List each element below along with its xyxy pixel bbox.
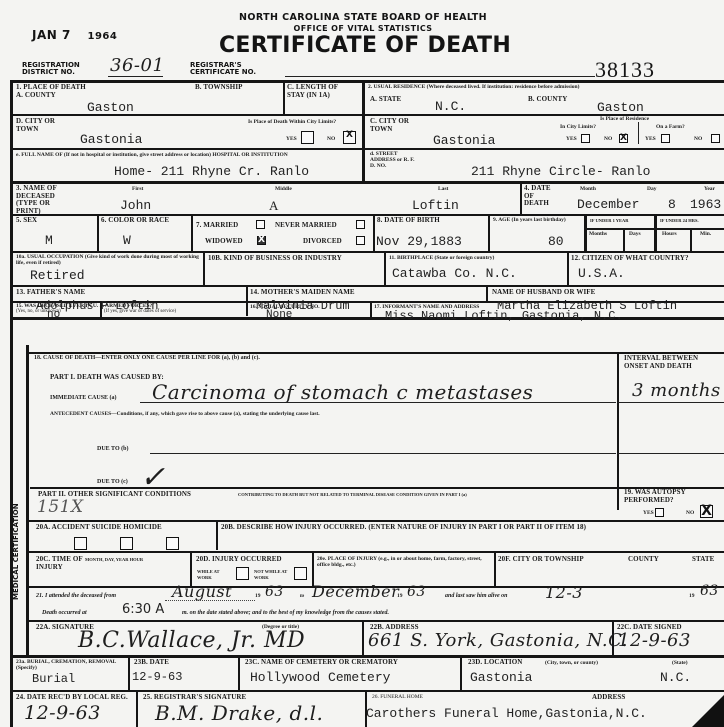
burial-label: 23a. BURIAL, CREMATION, REMOVAL (Specify… [16, 659, 126, 671]
divorced-checkbox[interactable] [356, 236, 365, 245]
registrar-signature: B.M. Drake, d.l. [155, 701, 323, 725]
months-label: Months [589, 231, 607, 237]
first-name-label: First [132, 186, 143, 192]
middle-name-label: Middle [275, 186, 292, 192]
within-city-limits-label: Is Place of Death Within City Limits? [248, 119, 360, 125]
injury-description-label: 20b. DESCRIBE HOW INJURY OCCURRED. (Ente… [221, 524, 586, 532]
married-checkbox[interactable] [256, 220, 265, 229]
stamp-date: JAN 7 [32, 28, 71, 42]
deceased-name-label: 3. NAME OF DECEASED (Type or Print) [16, 185, 76, 215]
funeral-home-value: Carothers Funeral Home,Gastonia,N.C. [366, 706, 647, 721]
place-of-residence-label: Is Place of Residence [600, 116, 649, 122]
sex-label: 5. SEX [16, 217, 37, 225]
death-city-label: d. CITY OR TOWN [16, 118, 56, 133]
coding-mark: 151X [37, 497, 84, 517]
burial-date-value: 12-9-63 [132, 670, 182, 684]
burial-value: Burial [32, 672, 75, 686]
widowed-label: WIDOWED [205, 238, 243, 246]
on-farm-yes-checkbox[interactable] [661, 134, 670, 143]
death-day-value: 8 [668, 197, 676, 212]
death-county-value: Gaston [87, 100, 134, 115]
race-label: 6. COLOR OR RACE [101, 217, 169, 225]
hours-label: Hours [662, 231, 677, 237]
physician-address: 661 S. York, Gastonia, N.C. [368, 630, 628, 651]
within-limits-yes-label: YES [286, 136, 297, 142]
sex-value: M [45, 233, 53, 248]
in-city-no-checkbox[interactable]: X [619, 134, 628, 143]
place-of-death-label: 1. PLACE OF DEATH a. COUNTY [16, 84, 106, 99]
within-limits-no-label: NO [327, 136, 335, 142]
residence-county-label: b. COUNTY [528, 96, 567, 104]
interval-label: INTERVAL BETWEEN ONSET AND DEATH [624, 355, 724, 370]
place-of-injury-label: 20e. PLACE OF INJURY (e.g., in or about … [317, 556, 492, 568]
within-limits-no-checkbox[interactable]: X [343, 131, 356, 144]
street-value: 211 Rhyne Circle- Ranlo [471, 164, 650, 179]
death-occurred-suffix: m. on the date stated above; and to the … [182, 610, 389, 616]
father-label: 13. FATHER'S NAME [16, 289, 85, 297]
immediate-cause-value: Carcinoma of stomach c metastases [152, 380, 533, 404]
location-state-value: N.C. [660, 670, 691, 685]
attended-to-label: to [300, 593, 304, 599]
death-occurred-label: Death occurred at [42, 610, 87, 616]
date-of-death-label: 4. DATE OF DEATH [524, 185, 554, 208]
residence-divider [638, 122, 639, 144]
death-day-label: Day [647, 186, 656, 192]
not-while-at-work-checkbox[interactable] [294, 567, 307, 580]
age-value: 80 [548, 234, 564, 249]
cemetery-value: Hollywood Cemetery [250, 670, 390, 685]
race-value: W [123, 233, 131, 248]
dob-label: 8. DATE OF BIRTH [377, 217, 440, 225]
registrar-certificate-label: REGISTRAR'S CERTIFICATE NO. [190, 62, 256, 76]
last-saw-19: 19 [689, 593, 695, 599]
armed-forces-value: no [47, 309, 60, 321]
accident-suicide-homicide-label: 20a. ACCIDENT SUICIDE HOMICIDE [36, 524, 162, 532]
residence-city-label: c. CITY OR TOWN [370, 118, 410, 133]
registration-district-label: REGISTRATION DISTRICT NO. [22, 62, 80, 76]
in-city-no-label: NO [604, 136, 612, 142]
received-date-stamp: JAN 7 1964 [32, 28, 117, 42]
in-city-limits-label: In City Limits? [560, 124, 596, 130]
office-name: OFFICE OF VITAL STATISTICS [218, 24, 508, 33]
township-label: b. TOWNSHIP [195, 84, 243, 92]
date-received-label: 24. DATE REC'D BY LOCAL REG. [16, 694, 131, 702]
married-label: 7. MARRIED [196, 222, 238, 230]
autopsy-label: 19. WAS AUTOPSY PERFORMED? [624, 489, 719, 504]
institution-label: e. FULL NAME OF (If not in hospital or i… [16, 152, 361, 158]
due-to-b-label: DUE TO (b) [97, 446, 128, 452]
attended-from-value: August [172, 582, 232, 601]
not-while-at-work-label: NOT WHILE AT WORK [254, 569, 290, 581]
stamp-year: 1964 [88, 31, 118, 42]
under-24-hrs-label: IF UNDER 24 HRS. [660, 218, 699, 224]
death-month-label: Month [580, 186, 596, 192]
street-label: d. STREET ADDRESS or R. F. D. NO. [370, 151, 420, 169]
due-to-c-label: DUE TO (c) [97, 479, 128, 485]
autopsy-no-checkbox[interactable]: X [700, 505, 713, 518]
suicide-checkbox[interactable] [120, 537, 133, 550]
death-time-value: 6:30 A [122, 602, 164, 617]
cause-of-death-header: 18. CAUSE OF DEATH—ENTER ONLY ONE CAUSE … [34, 355, 614, 361]
minutes-label: Min. [700, 231, 711, 237]
death-city-value: Gastonia [80, 132, 142, 147]
last-saw-value: 12-3 [545, 583, 583, 602]
location-state-label: (State) [672, 660, 688, 666]
interval-b-line [618, 453, 724, 454]
injury-occurred-label: 20d. INJURY OCCURRED [196, 556, 282, 564]
informant-value: Miss Naomi Loftin, Gastonia, N.C. [385, 309, 623, 323]
widowed-checkbox[interactable]: X [257, 236, 266, 245]
attended-to-19: 19 [397, 593, 403, 599]
injury-county-label: COUNTY [628, 556, 659, 564]
last-name-value: Loftin [412, 198, 459, 213]
death-month-value: December [577, 197, 639, 212]
document-title: CERTIFICATE OF DEATH [195, 33, 535, 58]
days-label: Days [629, 231, 641, 237]
injury-state-label: STATE [692, 556, 714, 564]
last-name-label: Last [438, 186, 448, 192]
citizen-label: 12. CITIZEN OF WHAT COUNTRY? [571, 255, 689, 263]
occupation-label: 10a. USUAL OCCUPATION (Give kind of work… [16, 254, 201, 266]
certificate-underline [285, 76, 595, 77]
on-farm-label: On a Farm? [656, 124, 685, 130]
dob-value: Nov 29,1883 [376, 234, 462, 249]
on-farm-yes-label: YES [645, 136, 656, 142]
location-sub-label: (City, town, or county) [545, 660, 598, 666]
homicide-checkbox[interactable] [166, 537, 179, 550]
last-saw-label: and last saw him alive on [445, 593, 508, 599]
part1-label: PART I. DEATH WAS CAUSED BY: [50, 374, 164, 382]
citizen-value: U.S.A. [578, 266, 625, 281]
occupation-value: Retired [30, 268, 85, 283]
registration-district-number: 36-01 [110, 55, 164, 76]
under-1-year-label: IF UNDER 1 YEAR [590, 218, 629, 224]
residence-city-value: Gastonia [433, 133, 495, 148]
death-year-label: Year [704, 186, 715, 192]
medical-certification-side-label: MEDICAL CERTIFICATION [12, 586, 20, 600]
autopsy-yes-label: YES [643, 510, 654, 516]
on-farm-no-checkbox[interactable] [711, 134, 720, 143]
district-underline [108, 76, 163, 77]
due-to-b-line [150, 453, 616, 454]
autopsy-yes-checkbox[interactable] [655, 508, 664, 517]
institution-value: Home- 211 Rhyne Cr. Ranlo [114, 164, 309, 179]
residence-state-label: a. STATE [370, 96, 401, 104]
attended-to-year: 63 [407, 584, 426, 600]
autopsy-no-label: NO [686, 510, 694, 516]
part2-sub-label: CONTRIBUTING TO DEATH BUT NOT RELATED TO… [238, 492, 467, 498]
while-at-work-checkbox[interactable] [236, 567, 249, 580]
in-city-yes-label: YES [566, 136, 577, 142]
never-married-label: NEVER MARRIED [275, 222, 337, 230]
usual-residence-label: 2. USUAL RESIDENCE (Where deceased lived… [368, 84, 723, 90]
spouse-label: NAME OF HUSBAND OR WIFE [492, 289, 595, 297]
business-label: 10b. KIND OF BUSINESS OR INDUSTRY [208, 255, 342, 263]
last-saw-year: 63 [700, 583, 719, 599]
mother-label: 14. MOTHER'S MAIDEN NAME [250, 289, 355, 297]
residence-county-value: Gaston [597, 100, 644, 115]
attended-label: 21. I attended the deceased from [36, 593, 116, 599]
on-farm-no-label: NO [694, 136, 702, 142]
residence-state-value: N.C. [435, 99, 466, 114]
agency-name: NORTH CAROLINA STATE BOARD OF HEALTH [218, 12, 508, 23]
within-limits-yes-checkbox[interactable] [301, 131, 314, 144]
first-name-value: John [120, 198, 151, 213]
date-received-value: 12-9-63 [24, 702, 101, 724]
immediate-cause-label: IMMEDIATE CAUSE (a) [50, 395, 117, 401]
attended-from-year: 63 [265, 584, 284, 600]
attended-from-19: 19 [255, 593, 261, 599]
in-city-yes-checkbox[interactable] [581, 134, 590, 143]
birthplace-label: 11. BIRTHPLACE (State or foreign country… [389, 255, 494, 261]
middle-name-value: A [269, 198, 278, 214]
death-year-value: 1963 [690, 197, 721, 212]
length-of-stay-label: c. LENGTH OF STAY (in 1a) [287, 84, 357, 99]
birthplace-value: Catawba Co. N.C. [392, 266, 517, 281]
page-corner-shadow [692, 695, 724, 727]
divorced-label: DIVORCED [303, 238, 342, 246]
never-married-checkbox[interactable] [356, 220, 365, 229]
date-signed-value: 12-9-63 [618, 630, 691, 651]
interval-a-line [618, 402, 724, 403]
antecedent-causes-label: ANTECEDENT CAUSES—Conditions, if any, wh… [50, 411, 610, 417]
funeral-address-label: ADDRESS [592, 694, 625, 702]
location-city-value: Gastonia [470, 670, 532, 685]
while-at-work-label: WHILE AT WORK [197, 569, 231, 581]
age-label: 9. AGE (In years last birthday) [493, 217, 583, 223]
attended-to-value: December [312, 582, 399, 601]
accident-checkbox[interactable] [74, 537, 87, 550]
physician-signature: B.C.Wallace, Jr. MD [78, 628, 305, 653]
immediate-interval-value: 3 months [632, 380, 721, 401]
ssn-value: None [266, 309, 292, 321]
location-label: 23d. LOCATION [468, 659, 522, 667]
time-of-injury-sub-label: MONTH, DAY, YEAR HOUR [85, 557, 143, 563]
cemetery-label: 23c. NAME OF CEMETERY OR CREMATORY [245, 659, 398, 667]
city-township-label: 20f. CITY OR TOWNSHIP [498, 556, 584, 564]
funeral-home-label: 26. FUNERAL HOME [372, 694, 423, 700]
armed-forces-war-label: (If yes, give war or dates of service) [104, 309, 176, 315]
burial-date-label: 23b. DATE [134, 659, 169, 667]
